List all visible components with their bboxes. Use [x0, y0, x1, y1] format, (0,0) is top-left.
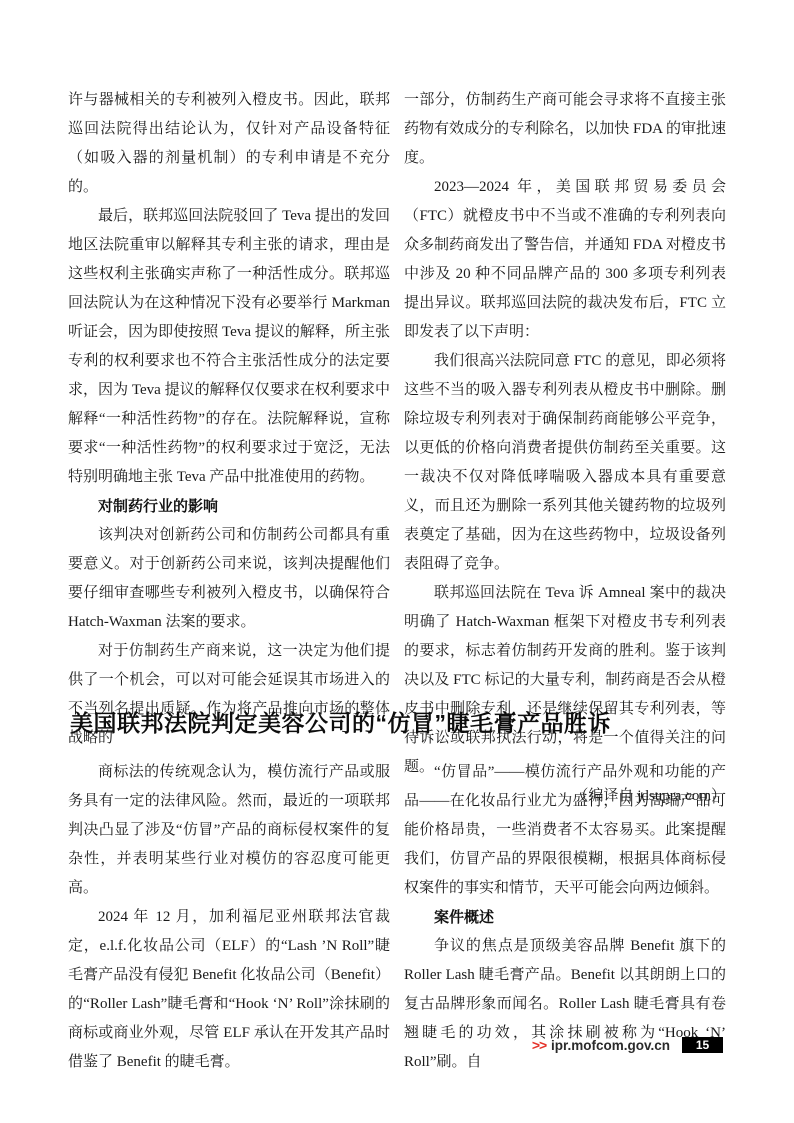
paragraph: 2023—2024 年，美国联邦贸易委员会（FTC）就橙皮书中不当或不准确的专利…	[404, 173, 726, 347]
document-page: 许与器械相关的专利被列入橙皮书。因此，联邦巡回法院得出结论认为，仅针对产品设备特…	[0, 0, 794, 1123]
article2-body: 商标法的传统观念认为，模仿流行产品或服务具有一定的法律风险。然而，最近的一项联邦…	[68, 758, 726, 1077]
page-footer: >> ipr.mofcom.gov.cn 15	[532, 1036, 723, 1054]
paragraph: 商标法的传统观念认为，模仿流行产品或服务具有一定的法律风险。然而，最近的一项联邦…	[68, 758, 390, 903]
paragraph: 最后，联邦巡回法院驳回了 Teva 提出的发回地区法院重审以解释其专利主张的请求…	[68, 202, 390, 492]
footer-url: ipr.mofcom.gov.cn	[551, 1038, 670, 1053]
paragraph: 2024 年 12 月，加利福尼亚州联邦法官裁定，e.l.f.化妆品公司（ELF…	[68, 903, 390, 1077]
paragraph: 许与器械相关的专利被列入橙皮书。因此，联邦巡回法院得出结论认为，仅针对产品设备特…	[68, 86, 390, 202]
page-number: 15	[696, 1038, 709, 1052]
paragraph: 联邦巡回法院在 Teva 诉 Amneal 案中的裁决明确了 Hatch-Wax…	[404, 579, 726, 782]
chevrons-icon: >>	[532, 1037, 546, 1053]
paragraph: “仿冒品”——模仿流行产品外观和功能的产品——在化妆品行业尤为盛行，因为高端产品…	[404, 758, 726, 903]
article1-left-column: 许与器械相关的专利被列入橙皮书。因此，联邦巡回法院得出结论认为，仅针对产品设备特…	[68, 86, 390, 811]
section-subheading: 对制药行业的影响	[68, 492, 390, 521]
paragraph: 一部分，仿制药生产商可能会寻求将不直接主张药物有效成分的专利除名，以加快 FDA…	[404, 86, 726, 173]
paragraph: 我们很高兴法院同意 FTC 的意见，即必须将这些不当的吸入器专利列表从橙皮书中删…	[404, 347, 726, 579]
paragraph: 该判决对创新药公司和仿制药公司都具有重要意义。对于创新药公司来说，该判决提醒他们…	[68, 521, 390, 637]
article2-left-column: 商标法的传统观念认为，模仿流行产品或服务具有一定的法律风险。然而，最近的一项联邦…	[68, 758, 390, 1077]
paragraph: 争议的焦点是顶级美容品牌 Benefit 旗下的 Roller Lash 睫毛膏…	[404, 932, 726, 1077]
page-number-badge: 15	[682, 1037, 723, 1053]
article1-right-column: 一部分，仿制药生产商可能会寻求将不直接主张药物有效成分的专利除名，以加快 FDA…	[404, 86, 726, 811]
article2-right-column: “仿冒品”——模仿流行产品外观和功能的产品——在化妆品行业尤为盛行，因为高端产品…	[404, 758, 726, 1077]
article1-body: 许与器械相关的专利被列入橙皮书。因此，联邦巡回法院得出结论认为，仅针对产品设备特…	[68, 86, 726, 811]
section-subheading: 案件概述	[404, 903, 726, 932]
article-title: 美国联邦法院判定美容公司的“仿冒”睫毛膏产品胜诉	[70, 706, 611, 740]
